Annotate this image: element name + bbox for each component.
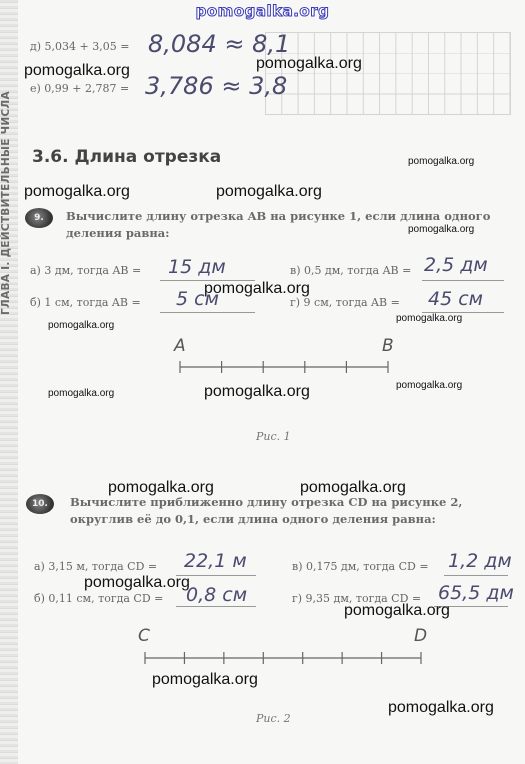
point-a-label: A <box>174 336 186 356</box>
answer-line <box>160 312 255 313</box>
section-title: Длина отрезка <box>75 147 222 167</box>
task-9-item-a-label: а) 3 дм, тогда AB = <box>30 264 141 277</box>
watermark: pomogalka.org <box>388 699 494 717</box>
task-9-item-b-answer: 5 см <box>176 288 219 310</box>
figure-1-caption: Рис. 1 <box>256 430 291 443</box>
figure-2-caption: Рис. 2 <box>256 712 291 725</box>
answer-line <box>422 280 504 281</box>
task-9-item-b-label: б) 1 см, тогда AB = <box>30 296 141 309</box>
exercise-e-label: е) 0,99 + 2,787 = <box>30 82 129 95</box>
task-9-item-g-label: г) 9 см, тогда AB = <box>290 296 400 309</box>
watermark: pomogalka.org <box>24 183 130 201</box>
watermark: pomogalka.org <box>408 156 474 167</box>
site-watermark-header[interactable]: pomogalka.org <box>0 2 525 20</box>
task-9-item-v-answer: 2,5 дм <box>424 254 488 276</box>
task-10-statement: Вычислите приближенно длину отрезка CD н… <box>70 494 462 528</box>
answer-line <box>444 575 508 576</box>
task-10-item-v-label: в) 0,175 дм, тогда CD = <box>292 560 429 573</box>
watermark: pomogalka.org <box>48 388 114 399</box>
watermark: pomogalka.org <box>24 62 130 80</box>
point-b-label: B <box>382 336 394 356</box>
watermark: pomogalka.org <box>204 383 310 401</box>
task-9-item-a-answer: 15 дм <box>168 256 226 278</box>
task-10-badge: 10. <box>26 494 54 514</box>
section-number: 3.6. <box>32 147 69 167</box>
watermark: pomogalka.org <box>216 183 322 201</box>
task-10-item-v-answer: 1,2 дм <box>448 550 512 572</box>
task-10-item-b-answer: 0,8 см <box>186 584 247 606</box>
watermark: pomogalka.org <box>396 380 462 391</box>
task-10-item-b-label: б) 0,11 см, тогда CD = <box>34 592 163 605</box>
segment-cd-figure <box>140 646 430 670</box>
task-9-item-v-label: в) 0,5 дм, тогда AB = <box>290 264 411 277</box>
exercise-e-answer: 3,786 ≈ 3,8 <box>145 72 287 100</box>
point-c-label: C <box>138 626 150 646</box>
watermark: pomogalka.org <box>344 602 450 620</box>
watermark: pomogalka.org <box>152 671 258 689</box>
watermark: pomogalka.org <box>48 320 114 331</box>
exercise-d-label: д) 5,034 + 3,05 = <box>30 40 129 53</box>
task-10-item-a-answer: 22,1 м <box>184 550 247 572</box>
page-spine: ГЛАВА I. ДЕЙСТВИТЕЛЬНЫЕ ЧИСЛА <box>0 0 18 764</box>
watermark: pomogalka.org <box>396 313 462 324</box>
task-10-item-g-answer: 65,5 дм <box>438 582 514 604</box>
task-9-item-g-answer: 45 см <box>428 288 483 310</box>
watermark: pomogalka.org <box>256 55 362 73</box>
answer-line <box>176 606 256 607</box>
segment-ab-figure <box>170 355 400 379</box>
section-heading: 3.6. Длина отрезка <box>32 147 221 167</box>
task-9-badge: 9. <box>25 208 53 228</box>
watermark: pomogalka.org <box>84 574 190 592</box>
watermark: pomogalka.org <box>408 224 474 235</box>
graph-paper-grid <box>265 32 511 115</box>
chapter-title-vertical: ГЛАВА I. ДЕЙСТВИТЕЛЬНЫЕ ЧИСЛА <box>0 83 16 323</box>
task-10-item-a-label: а) 3,15 м, тогда CD = <box>34 560 157 573</box>
point-d-label: D <box>414 626 427 646</box>
exercise-d-answer: 8,084 ≈ 8,1 <box>148 30 290 58</box>
